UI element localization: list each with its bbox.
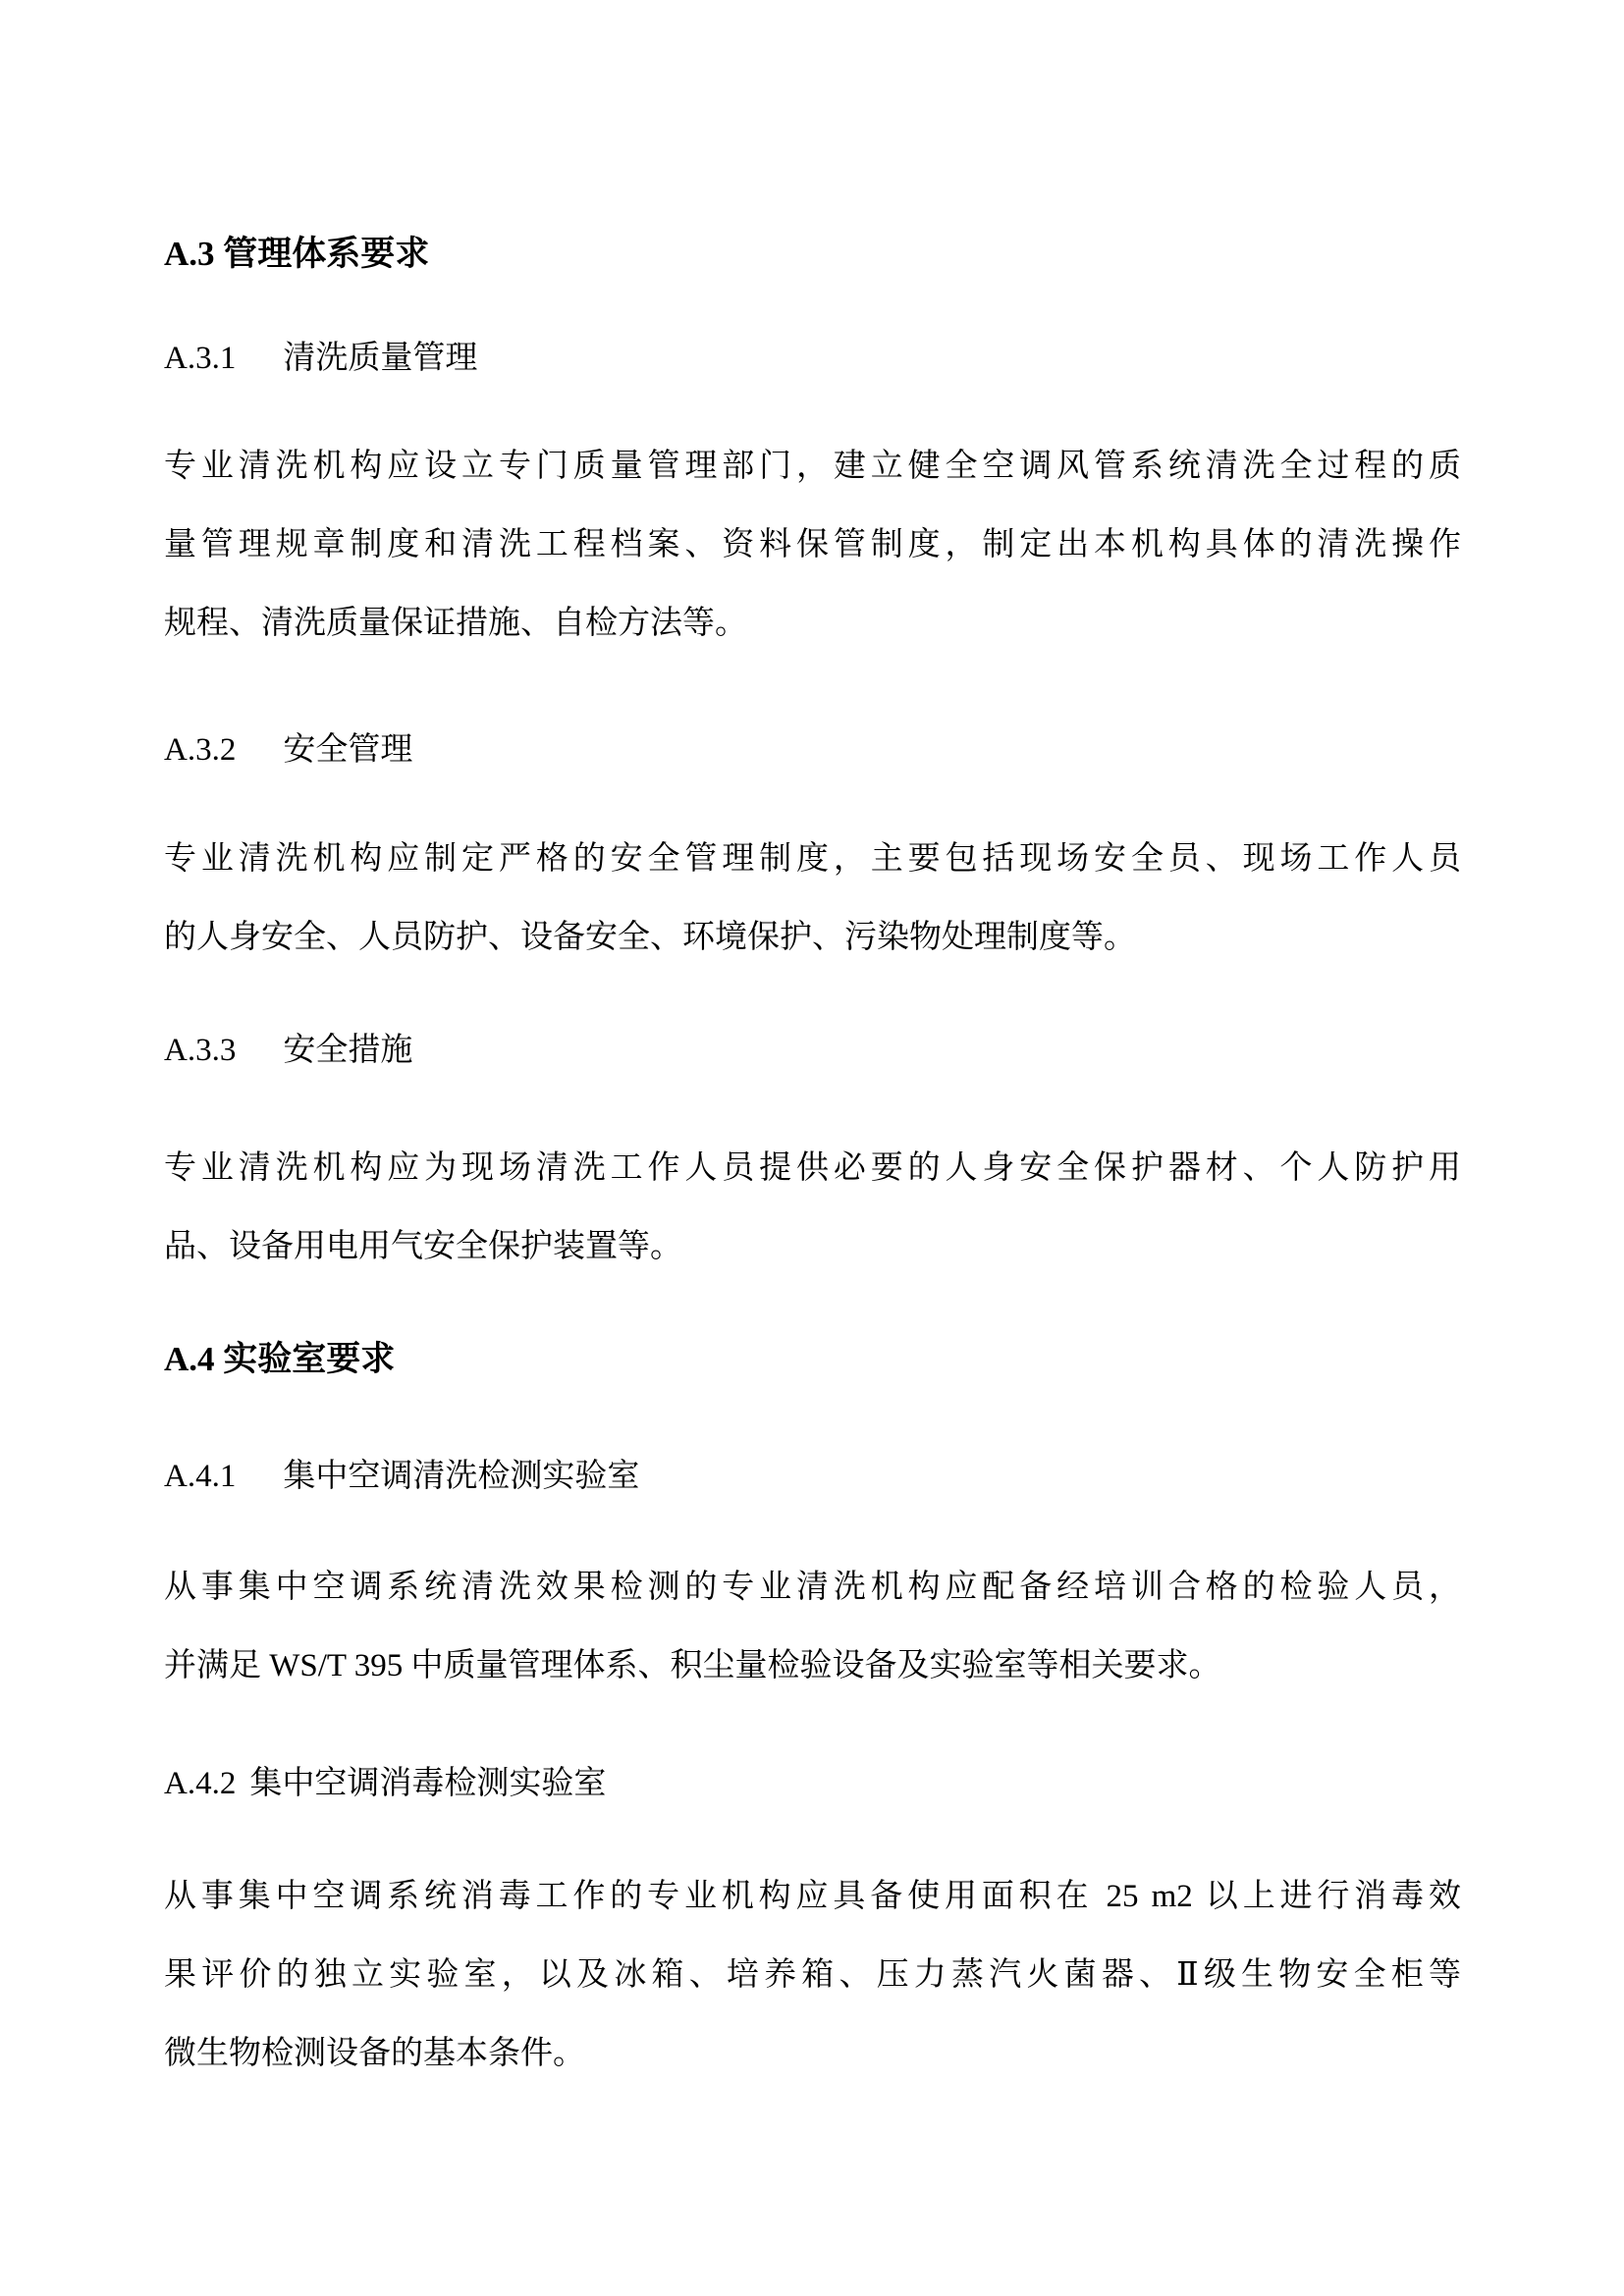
paragraph-cleaning-quality: 专业清洗机构应设立专门质量管理部门，建立健全空调风管系统清洗全过程的质 量管理规… — [164, 427, 1461, 663]
subsection-heading-a41: A.4.1集中空调清洗检测实验室 — [164, 1437, 1461, 1516]
paragraph-line: 专业清洗机构应制定严格的安全管理制度，主要包括现场安全员、现场工作人员 — [164, 820, 1461, 898]
subsection-title: 安全管理 — [283, 732, 412, 768]
subsection-number: A.3.3 — [164, 1011, 236, 1090]
paragraph-line: 规程、清洗质量保证措施、自检方法等。 — [164, 584, 1461, 663]
paragraph-safety-measures: 专业清洗机构应为现场清洗工作人员提供必要的人身安全保护器材、个人防护用 品、设备… — [164, 1129, 1461, 1286]
paragraph-line: 量管理规章制度和清洗工程档案、资料保管制度，制定出本机构具体的清洗操作 — [164, 506, 1461, 584]
subsection-heading-a32: A.3.2安全管理 — [164, 711, 1461, 789]
subsection-title: 安全措施 — [283, 1033, 412, 1068]
subsection-title: 集中空调清洗检测实验室 — [283, 1459, 639, 1494]
paragraph-line: 并满足 WS/T 395 中质量管理体系、积尘量检验设备及实验室等相关要求。 — [164, 1627, 1461, 1705]
paragraph-line: 品、设备用电用气安全保护装置等。 — [164, 1207, 1461, 1286]
paragraph-line: 果评价的独立实验室，以及冰箱、培养箱、压力蒸汽火菌器、Ⅱ级生物安全柜等 — [164, 1936, 1461, 2014]
subsection-number: A.3.1 — [164, 319, 236, 398]
paragraph-line: 的人身安全、人员防护、设备安全、环境保护、污染物处理制度等。 — [164, 898, 1461, 977]
paragraph-line: 微生物检测设备的基本条件。 — [164, 2014, 1461, 2093]
paragraph-line: 从事集中空调系统消毒工作的专业机构应具备使用面积在 25 m2 以上进行消毒效 — [164, 1857, 1461, 1936]
paragraph-line: 从事集中空调系统清洗效果检测的专业清洗机构应配备经培训合格的检验人员， — [164, 1548, 1461, 1627]
subsection-title: 集中空调消毒检测实验室 — [249, 1766, 606, 1801]
document-page: A.3 管理体系要求 A.3.1清洗质量管理 专业清洗机构应设立专门质量管理部门… — [164, 0, 1461, 2093]
subsection-title: 清洗质量管理 — [283, 341, 477, 376]
paragraph-cleaning-lab: 从事集中空调系统清洗效果检测的专业清洗机构应配备经培训合格的检验人员， 并满足 … — [164, 1548, 1461, 1705]
paragraph-line: 专业清洗机构应设立专门质量管理部门，建立健全空调风管系统清洗全过程的质 — [164, 427, 1461, 506]
subsection-heading-a42: A.4.2集中空调消毒检测实验室 — [164, 1744, 1461, 1823]
subsection-heading-a33: A.3.3安全措施 — [164, 1011, 1461, 1090]
subsection-number: A.4.2 — [164, 1744, 236, 1823]
paragraph-safety-management: 专业清洗机构应制定严格的安全管理制度，主要包括现场安全员、现场工作人员 的人身安… — [164, 820, 1461, 977]
subsection-number: A.3.2 — [164, 711, 236, 789]
paragraph-line: 专业清洗机构应为现场清洗工作人员提供必要的人身安全保护器材、个人防护用 — [164, 1129, 1461, 1207]
subsection-number: A.4.1 — [164, 1437, 236, 1516]
subsection-heading-a31: A.3.1清洗质量管理 — [164, 319, 1461, 398]
section-heading-a3: A.3 管理体系要求 — [164, 215, 1461, 294]
paragraph-disinfection-lab: 从事集中空调系统消毒工作的专业机构应具备使用面积在 25 m2 以上进行消毒效 … — [164, 1857, 1461, 2093]
section-heading-a4: A.4 实验室要求 — [164, 1320, 1461, 1399]
